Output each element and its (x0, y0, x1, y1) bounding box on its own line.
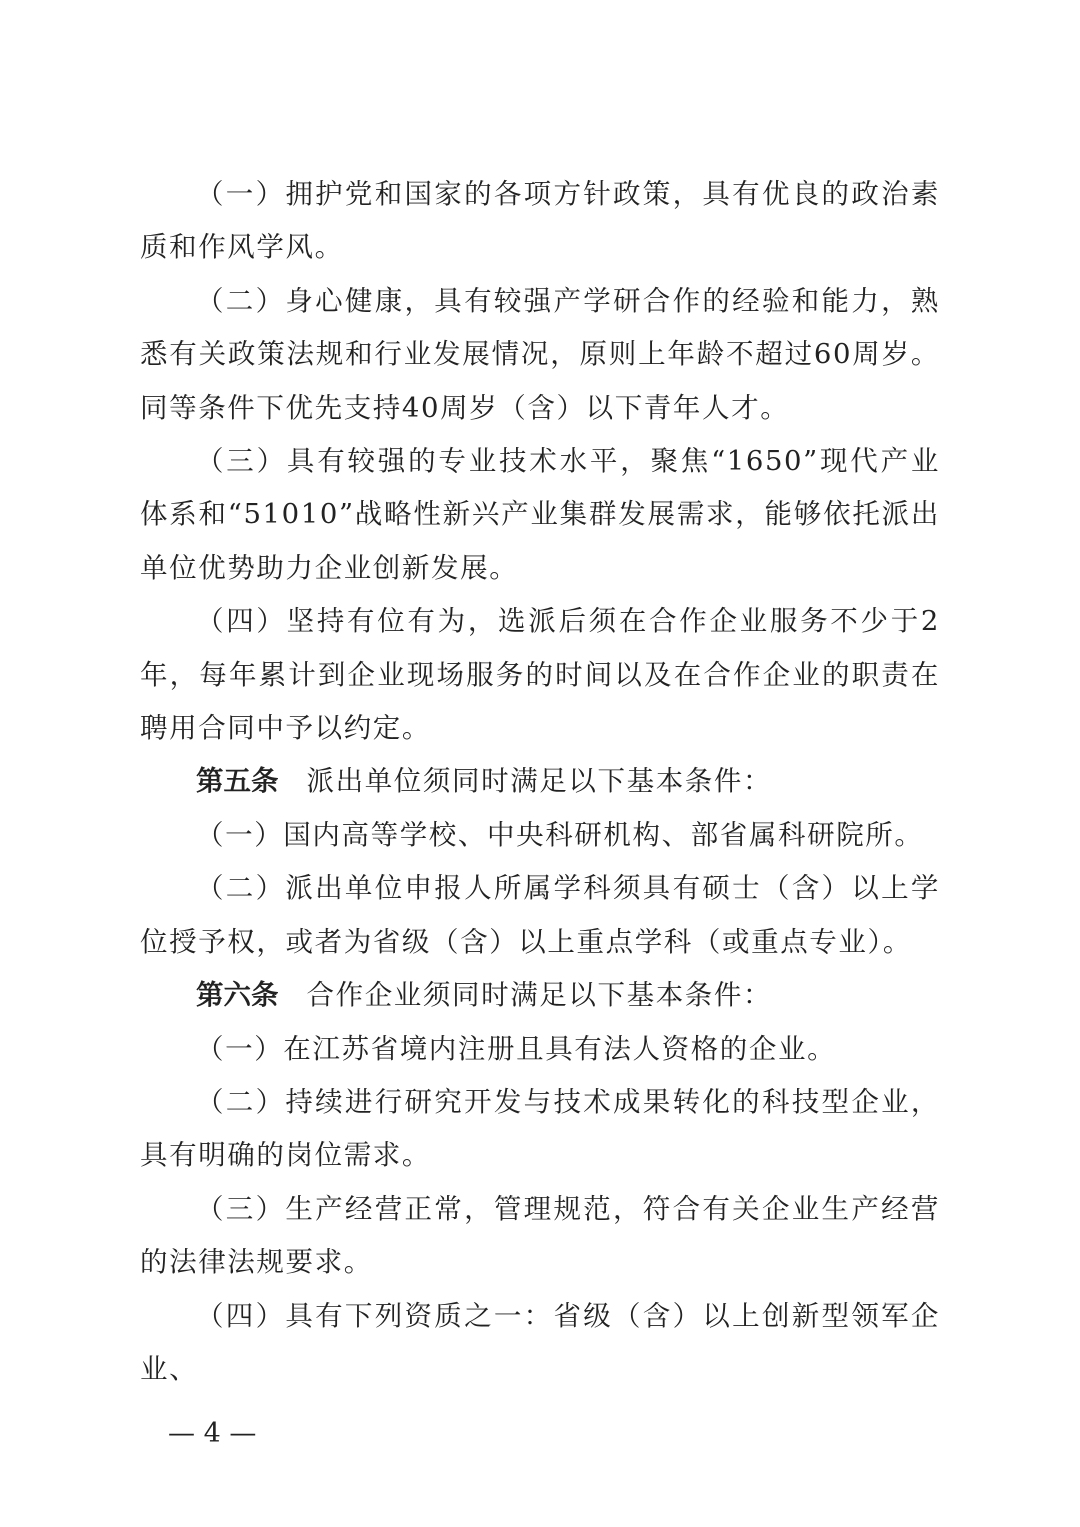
paragraph-6-2: （二）持续进行研究开发与技术成果转化的科技型企业，具有明确的岗位需求。 (140, 1076, 940, 1183)
article-5: 第五条派出单位须同时满足以下基本条件： (140, 755, 940, 808)
paragraph-5-2: （二）派出单位申报人所属学科须具有硕士（含）以上学位授予权，或者为省级（含）以上… (140, 862, 940, 969)
article-6: 第六条合作企业须同时满足以下基本条件： (140, 969, 940, 1022)
paragraph-6-1: （一）在江苏省境内注册且具有法人资格的企业。 (140, 1023, 940, 1076)
paragraph-4: （四）坚持有位有为，选派后须在合作企业服务不少于2年，每年累计到企业现场服务的时… (140, 595, 940, 755)
paragraph-3: （三）具有较强的专业技术水平，聚焦“1650”现代产业体系和“51010”战略性… (140, 435, 940, 595)
paragraph-1: （一）拥护党和国家的各项方针政策，具有优良的政治素质和作风学风。 (140, 168, 940, 275)
paragraph-6-3: （三）生产经营正常，管理规范，符合有关企业生产经营的法律法规要求。 (140, 1183, 940, 1290)
paragraph-2: （二）身心健康，具有较强产学研合作的经验和能力，熟悉有关政策法规和行业发展情况，… (140, 275, 940, 435)
document-body: （一）拥护党和国家的各项方针政策，具有优良的政治素质和作风学风。 （二）身心健康… (140, 168, 940, 1396)
paragraph-6-4: （四）具有下列资质之一：省级（含）以上创新型领军企业、 (140, 1290, 940, 1397)
article-5-heading: 第五条 (196, 765, 279, 797)
article-6-text: 合作企业须同时满足以下基本条件： (307, 979, 773, 1011)
paragraph-5-1: （一）国内高等学校、中央科研机构、部省属科研院所。 (140, 809, 940, 862)
article-6-heading: 第六条 (196, 979, 279, 1011)
article-5-text: 派出单位须同时满足以下基本条件： (307, 765, 773, 797)
page-number: — 4 — (168, 1418, 256, 1449)
